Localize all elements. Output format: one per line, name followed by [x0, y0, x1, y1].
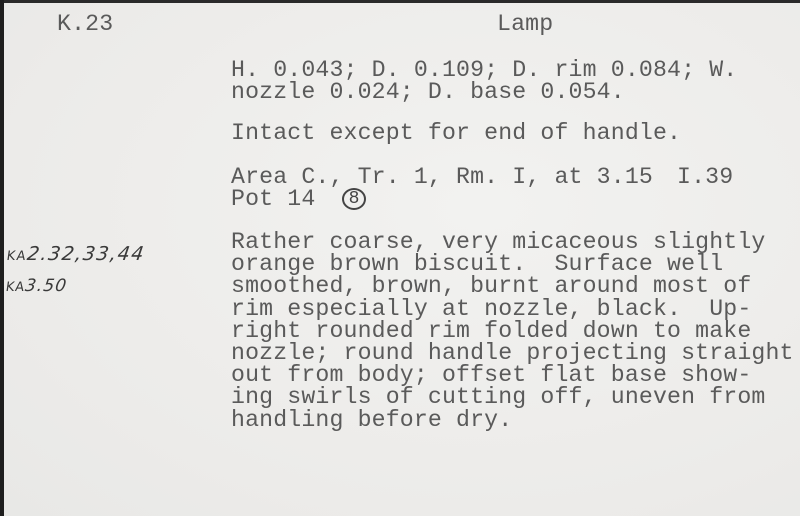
condition-text: Intact except for end of handle. [231, 122, 681, 144]
pot-label: Pot 14 [231, 188, 315, 210]
dimensions-line: nozzle 0.024; D. base 0.054. [231, 79, 625, 105]
dimensions-block: H. 0.043; D. 0.109; D. rim 0.084; W. noz… [231, 59, 737, 103]
object-type-title: Lamp [497, 13, 553, 35]
catalog-number: K.23 [57, 13, 113, 35]
handwritten-text: 2.32,33,44 [26, 243, 147, 265]
description-block: Rather coarse, very micaceous slightly o… [231, 231, 794, 431]
circled-number-badge: 8 [342, 188, 366, 210]
handwritten-text: 3.50 [24, 276, 69, 296]
description-line: handling before dry. [231, 407, 512, 433]
find-number: I.39 [677, 166, 733, 188]
findspot-text: Area C., Tr. 1, Rm. I, at 3.15 [231, 166, 653, 188]
handwritten-prefix: KA [5, 280, 26, 295]
handwritten-note: KA3.50 [5, 276, 69, 296]
handwritten-prefix: KA [6, 249, 28, 264]
handwritten-note: KA2.32,33,44 [5, 243, 146, 265]
